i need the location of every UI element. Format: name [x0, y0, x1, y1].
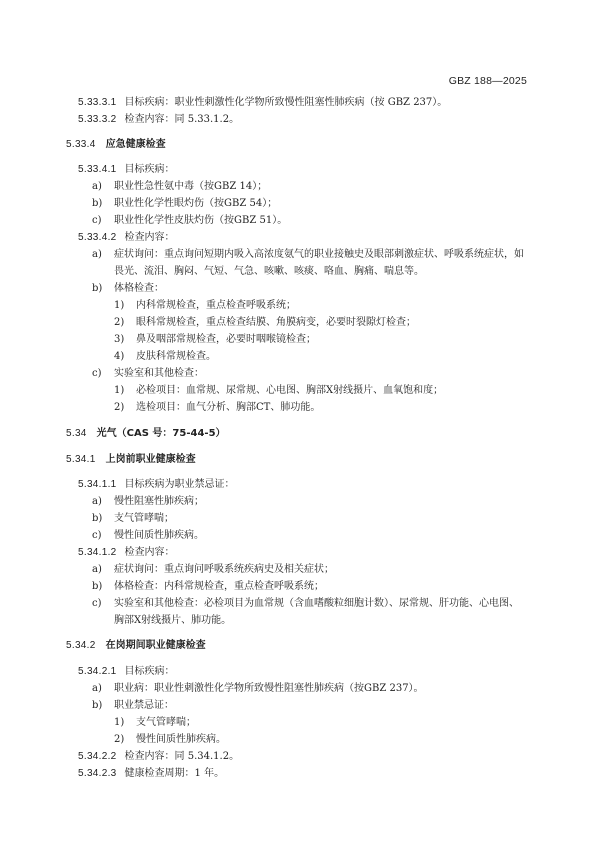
document-code: GBZ 188—2025	[449, 75, 527, 87]
clause-5-34-2-2: 5.34.2.2检查内容：同 5.34.1.2。	[78, 750, 239, 764]
list-item-continuation: 畏光、流泪、胸闷、气短、气急、咳嗽、咳痰、咯血、胸痛、喘息等。	[114, 265, 424, 279]
list-item: c)实验室和其他检查：	[92, 367, 204, 381]
heading-5-34: 5.34光气（CAS 号：75-44-5）	[66, 427, 226, 441]
heading-5-34-1: 5.34.1上岗前职业健康检查	[66, 453, 196, 467]
list-item: b)职业禁忌证：	[92, 699, 174, 713]
document-page: GBZ 188—2025 5.33.3.1目标疾病：职业性刺激性化学物所致慢性阻…	[0, 0, 600, 848]
list-item: b)职业性化学性眼灼伤（按GBZ 54）；	[92, 197, 277, 211]
list-item: a)慢性阻塞性肺疾病；	[92, 495, 204, 509]
clause-5-33-3-1: 5.33.3.1目标疾病：职业性刺激性化学物所致慢性阻塞性肺疾病（按 GBZ 2…	[78, 96, 447, 110]
sub-list-item: 1)内科常规检查，重点检查呼吸系统；	[114, 299, 296, 313]
list-item: a)职业病：职业性刺激性化学物所致慢性阻塞性肺疾病（按GBZ 237）。	[92, 682, 424, 696]
sub-list-item: 2)眼科常规检查，重点检查结膜、角膜病变，必要时裂隙灯检查；	[114, 316, 416, 330]
clause-5-33-4-2: 5.33.4.2检查内容：	[78, 231, 175, 245]
heading-5-34-2: 5.34.2在岗期间职业健康检查	[66, 639, 206, 653]
clause-5-34-1-2: 5.34.1.2检查内容：	[78, 546, 175, 560]
list-item: a)职业性急性氨中毒（按GBZ 14）；	[92, 180, 267, 194]
sub-list-item: 4)皮肤科常规检查。	[114, 350, 216, 364]
sub-list-item: 3)鼻及咽部常规检查，必要时咽喉镜检查；	[114, 333, 316, 347]
clause-5-33-3-2: 5.33.3.2检查内容：同 5.33.1.2。	[78, 113, 239, 127]
list-item: b)体格检查：	[92, 282, 164, 296]
sub-list-item: 2)慢性间质性肺疾病。	[114, 733, 226, 747]
list-item: c)慢性间质性肺疾病。	[92, 529, 204, 543]
clause-5-34-1-1: 5.34.1.1目标疾病为职业禁忌证：	[78, 478, 235, 492]
heading-5-33-4: 5.33.4应急健康检查	[66, 138, 166, 152]
sub-list-item: 1)支气管哮喘；	[114, 716, 196, 730]
clause-5-33-4-1: 5.33.4.1目标疾病：	[78, 163, 175, 177]
sub-list-item: 1)必检项目：血常规、尿常规、心电图、胸部X射线摄片、血氧饱和度；	[114, 384, 443, 398]
list-item: b)体格检查：内科常规检查，重点检查呼吸系统；	[92, 580, 324, 594]
list-item: a)症状询问：重点询问短期内吸入高浓度氨气的职业接触史及眼部刺激症状、呼吸系统症…	[92, 248, 524, 262]
list-item: c)职业性化学性皮肤灼伤（按GBZ 51）。	[92, 214, 287, 228]
sub-list-item: 2)选检项目：血气分析、胸部CT、肺功能。	[114, 401, 320, 415]
list-item: a)症状询问：重点询问呼吸系统疾病史及相关症状；	[92, 563, 334, 577]
list-item-continuation: 胸部X射线摄片、肺功能。	[114, 614, 231, 628]
list-item: b)支气管哮喘；	[92, 512, 174, 526]
list-item: c)实验室和其他检查：必检项目为血常规（含血嗜酸粒细胞计数）、尿常规、肝功能、心…	[92, 597, 519, 611]
clause-5-34-2-1: 5.34.2.1目标疾病：	[78, 665, 175, 679]
clause-5-34-2-3: 5.34.2.3健康检查周期：1 年。	[78, 767, 224, 781]
